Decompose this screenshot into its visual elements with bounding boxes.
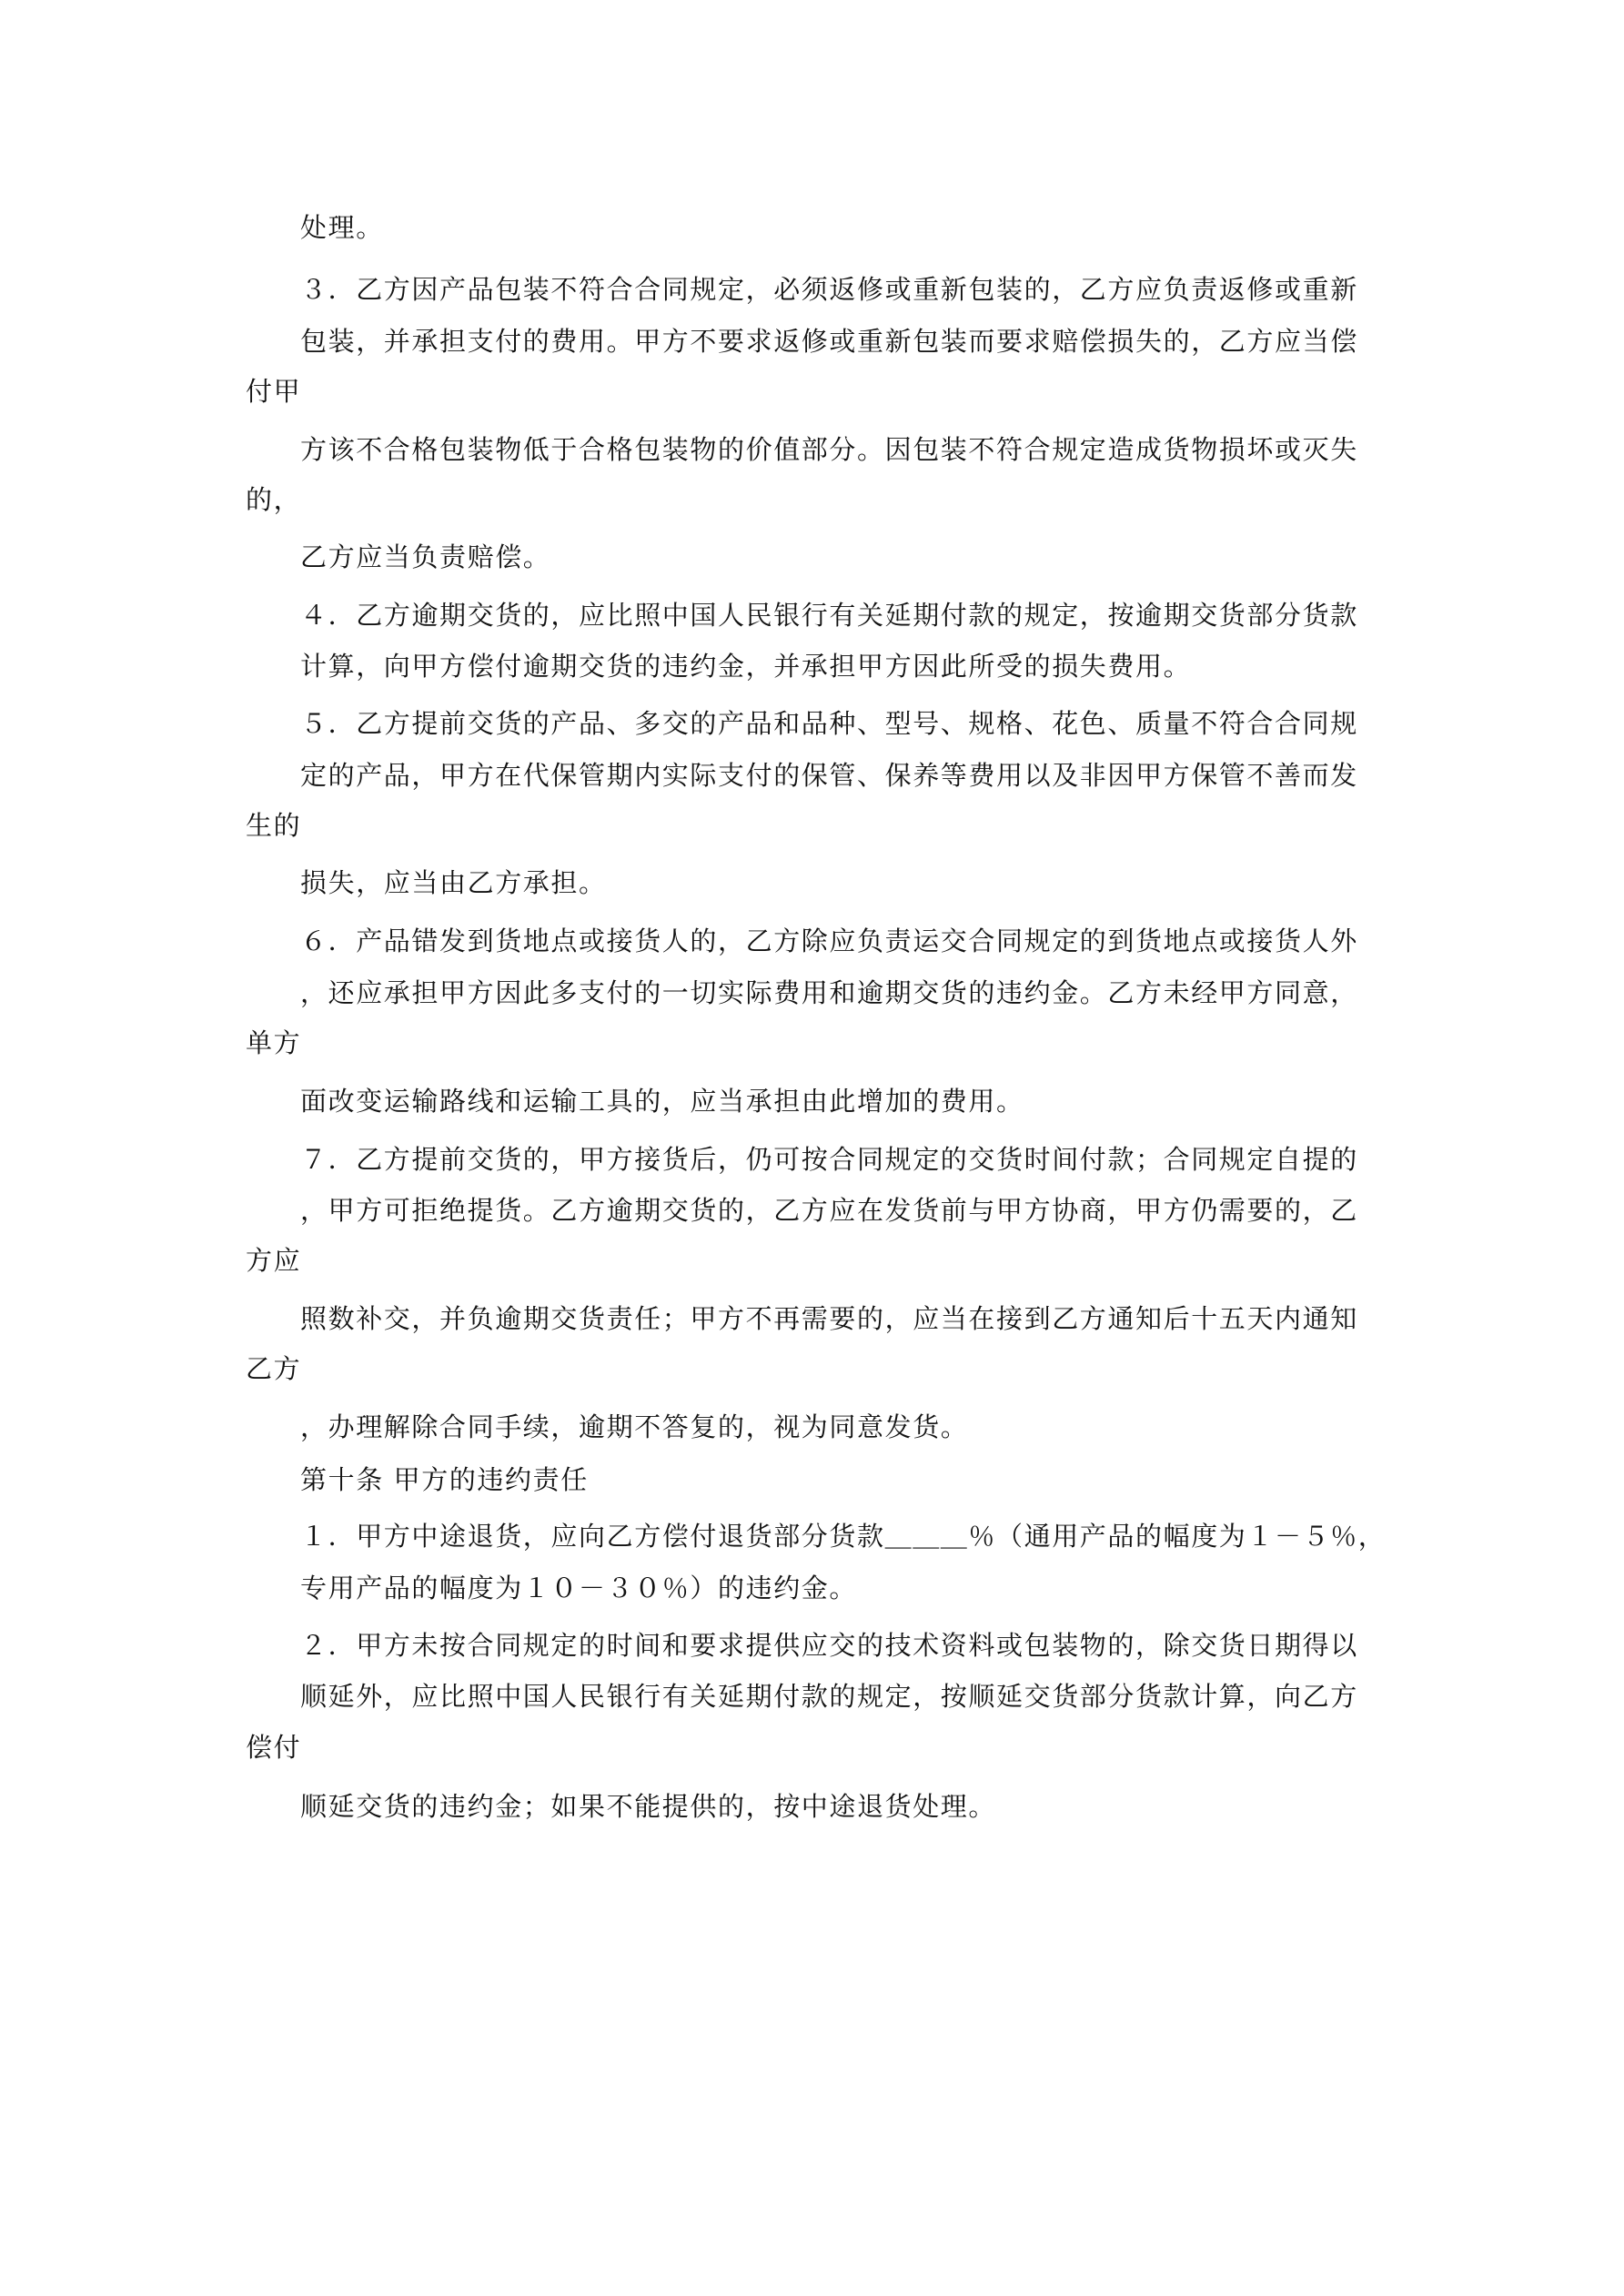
wrapped-line: 的， — [246, 483, 301, 516]
text-line: 处理。 — [300, 211, 384, 244]
wrapped-line: 单方 — [246, 1027, 301, 1059]
clause-5-line: ５．乙方提前交货的产品、多交的产品和品种、型号、规格、花色、质量不符合合同规 — [300, 707, 1358, 740]
text-line: 顺延外，应比照中国人民银行有关延期付款的规定，按顺延交货部分货款计算，向乙方 — [300, 1680, 1358, 1713]
text-line: 乙方应当负责赔偿。 — [300, 541, 550, 573]
text-line: 损失，应当由乙方承担。 — [300, 866, 607, 899]
clause-6-line: ６．产品错发到货地点或接货人的，乙方除应负责运交合同规定的到货地点或接货人外 — [300, 925, 1358, 957]
clause-3-line: ３．乙方因产品包装不符合合同规定，必须返修或重新包装的，乙方应负责返修或重新 — [300, 273, 1358, 306]
article-10-clause-2-line: ２．甲方未按合同规定的时间和要求提供应交的技术资料或包装物的，除交货日期得以 — [300, 1629, 1358, 1662]
text-line: 专用产品的幅度为１０－３０％）的违约金。 — [300, 1572, 857, 1604]
text-line: ，甲方可拒绝提货。乙方逾期交货的，乙方应在发货前与甲方协商，甲方仍需要的，乙 — [300, 1194, 1358, 1227]
clause-7-line: ７．乙方提前交货的，甲方接货后，仍可按合同规定的交货时间付款；合同规定自提的 — [300, 1143, 1358, 1176]
clause-4-line: ４．乙方逾期交货的，应比照中国人民银行有关延期付款的规定，按逾期交货部分货款 — [300, 599, 1358, 632]
article-10-heading: 第十条 甲方的违约责任 — [300, 1463, 589, 1496]
text-line: 面改变运输路线和运输工具的，应当承担由此增加的费用。 — [300, 1085, 1024, 1118]
wrapped-line: 乙方 — [246, 1352, 301, 1385]
text-line: 照数补交，并负逾期交货责任；甲方不再需要的，应当在接到乙方通知后十五天内通知 — [300, 1302, 1358, 1335]
article-10-clause-1-line: １．甲方中途退货，应向乙方偿付退货部分货款＿＿＿％（通用产品的幅度为１－５％， — [300, 1520, 1386, 1553]
wrapped-line: 偿付 — [246, 1731, 301, 1764]
text-line: 定的产品，甲方在代保管期内实际支付的保管、保养等费用以及非因甲方保管不善而发 — [300, 759, 1358, 792]
text-line: 方该不合格包装物低于合格包装物的价值部分。因包装不符合规定造成货物损坏或灭失 — [300, 433, 1358, 466]
text-line: ，还应承担甲方因此多支付的一切实际费用和逾期交货的违约金。乙方未经甲方同意， — [300, 976, 1358, 1009]
wrapped-line: 生的 — [246, 809, 301, 842]
document-page: 处理。 ３．乙方因产品包装不符合合同规定，必须返修或重新包装的，乙方应负责返修或… — [0, 0, 1624, 2296]
text-line: 顺延交货的违约金；如果不能提供的，按中途退货处理。 — [300, 1790, 996, 1823]
wrapped-line: 方应 — [246, 1244, 301, 1277]
text-line: 计算，向甲方偿付逾期交货的违约金，并承担甲方因此所受的损失费用。 — [300, 650, 1191, 683]
text-line: ，办理解除合同手续，逾期不答复的，视为同意发货。 — [300, 1411, 968, 1443]
text-line: 包装，并承担支付的费用。甲方不要求返修或重新包装而要求赔偿损失的，乙方应当偿 — [300, 325, 1358, 358]
wrapped-line: 付甲 — [246, 375, 301, 408]
